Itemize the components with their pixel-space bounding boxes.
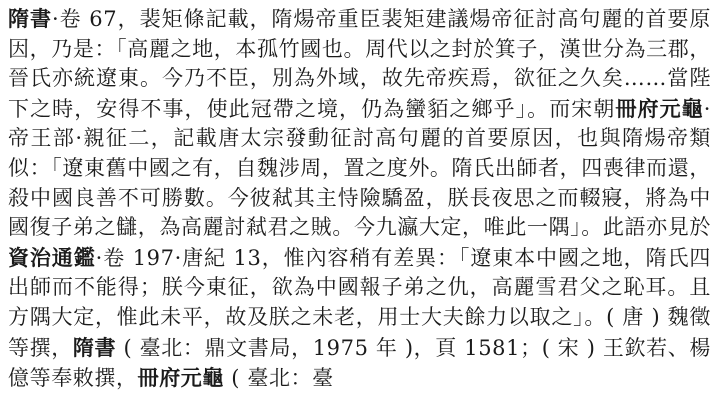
- book-title-zizhitongjian: 資治通鑑: [8, 245, 96, 270]
- book-title-cefuyuangui: 冊府元龜: [615, 96, 703, 121]
- book-title-cefuyuangui-citation: 冊府元龜: [138, 365, 224, 390]
- footnote-page: 隋書·卷 67，裴矩條記載，隋煬帝重臣裴矩建議煬帝征討高句麗的首要原因，乃是：「…: [0, 0, 720, 409]
- text-run: ( 臺北：臺: [224, 366, 334, 390]
- book-title-suishu: 隋書: [8, 6, 52, 31]
- text-run: ·卷 67，裴矩條記載，隋煬帝重臣裴矩建議煬帝征討高句麗的首要原因，乃是：「高麗…: [8, 7, 711, 121]
- book-title-suishu-citation: 隋書: [73, 335, 116, 360]
- footnote-paragraph: 隋書·卷 67，裴矩條記載，隋煬帝重臣裴矩建議煬帝征討高句麗的首要原因，乃是：「…: [8, 4, 711, 394]
